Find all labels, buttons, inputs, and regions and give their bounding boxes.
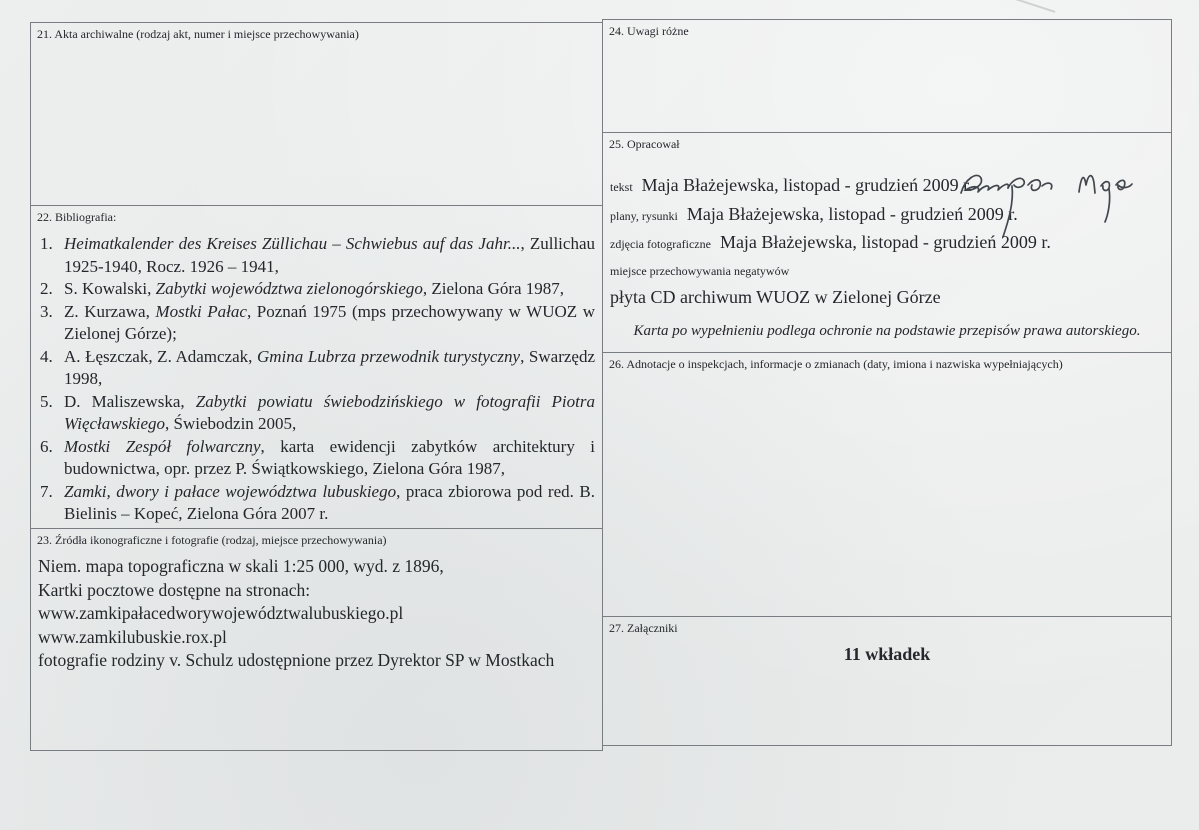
negatives-label: miejsce przechowywania negatywów	[603, 264, 1171, 279]
bibliography-list: 1.Heimatkalender des Kreises Züllichau –…	[31, 233, 602, 526]
bibliography-item-number: 7.	[40, 481, 53, 504]
section-25-header: 25. Opracował	[603, 133, 1171, 151]
bibliography-item-number: 6.	[40, 436, 53, 459]
section-26-header: 26. Adnotacje o inspekcjach, informacje …	[603, 353, 1171, 371]
section-27-zalaczniki: 27. Załączniki 11 wkładek	[602, 616, 1172, 746]
section-22-bibliografia: 22. Bibliografia: 1.Heimatkalender des K…	[30, 205, 603, 529]
scanned-document-page: { "colors": { "paper": "#eaecec", "borde…	[0, 0, 1199, 830]
source-line: Kartki pocztowe dostępne na stronach:	[38, 579, 594, 603]
scan-crease-artifact	[950, 0, 1055, 13]
sources-list: Niem. mapa topograficzna w skali 1:25 00…	[31, 555, 602, 673]
opracowal-row-label: tekst	[610, 180, 633, 195]
bibliography-item: 2.S. Kowalski, Zabytki województwa zielo…	[31, 278, 595, 301]
section-22-header: 22. Bibliografia:	[31, 206, 602, 224]
opracowal-row-label: zdjęcia fotograficzne	[610, 237, 711, 252]
section-23-header: 23. Źródła ikonograficzne i fotografie (…	[31, 529, 602, 547]
bibliography-item-number: 3.	[40, 301, 53, 324]
section-23-zrodla-ikonograficzne: 23. Źródła ikonograficzne i fotografie (…	[30, 528, 603, 751]
section-21-akta-archiwalne: 21. Akta archiwalne (rodzaj akt, numer i…	[30, 22, 603, 206]
bibliography-item: 4.A. Łęszczak, Z. Adamczak, Gmina Lubrza…	[31, 346, 595, 391]
copyright-note: Karta po wypełnieniu podlega ochronie na…	[603, 323, 1171, 340]
opracowal-row-label: plany, rysunki	[610, 209, 678, 224]
bibliography-item: 6.Mostki Zespół folwarczny, karta ewiden…	[31, 436, 595, 481]
bibliography-item: 1.Heimatkalender des Kreises Züllichau –…	[31, 233, 595, 278]
handwritten-signature	[955, 159, 1151, 245]
bibliography-item: 7.Zamki, dwory i pałace województwa lubu…	[31, 481, 595, 526]
source-line: www.zamkilubuskie.rox.pl	[38, 626, 594, 650]
section-24-header: 24. Uwagi różne	[603, 20, 1171, 38]
section-25-opracowal: 25. Opracował tekstMaja Błażejewska, lis…	[602, 132, 1172, 353]
opracowal-row-value: Maja Błażejewska, listopad - grudzień 20…	[642, 175, 973, 196]
source-line: www.zamkipałacedworywojewództwalubuskieg…	[38, 602, 594, 626]
section-26-adnotacje: 26. Adnotacje o inspekcjach, informacje …	[602, 352, 1172, 617]
bibliography-item-number: 1.	[40, 233, 53, 256]
bibliography-item-number: 2.	[40, 278, 53, 301]
section-27-header: 27. Załączniki	[603, 617, 1171, 635]
bibliography-item: 3.Z. Kurzawa, Mostki Pałac, Poznań 1975 …	[31, 301, 595, 346]
bibliography-item-number: 4.	[40, 346, 53, 369]
attachments-count: 11 wkładek	[603, 644, 1171, 665]
bibliography-item-number: 5.	[40, 391, 53, 414]
negatives-value: płyta CD archiwum WUOZ w Zielonej Górze	[603, 287, 1171, 308]
bibliography-item: 5.D. Maliszewska, Zabytki powiatu świebo…	[31, 391, 595, 436]
source-line: Niem. mapa topograficzna w skali 1:25 00…	[38, 555, 594, 579]
section-21-header: 21. Akta archiwalne (rodzaj akt, numer i…	[31, 23, 602, 41]
source-line: fotografie rodziny v. Schulz udostępnion…	[38, 649, 594, 673]
section-24-uwagi-rozne: 24. Uwagi różne	[602, 19, 1172, 133]
